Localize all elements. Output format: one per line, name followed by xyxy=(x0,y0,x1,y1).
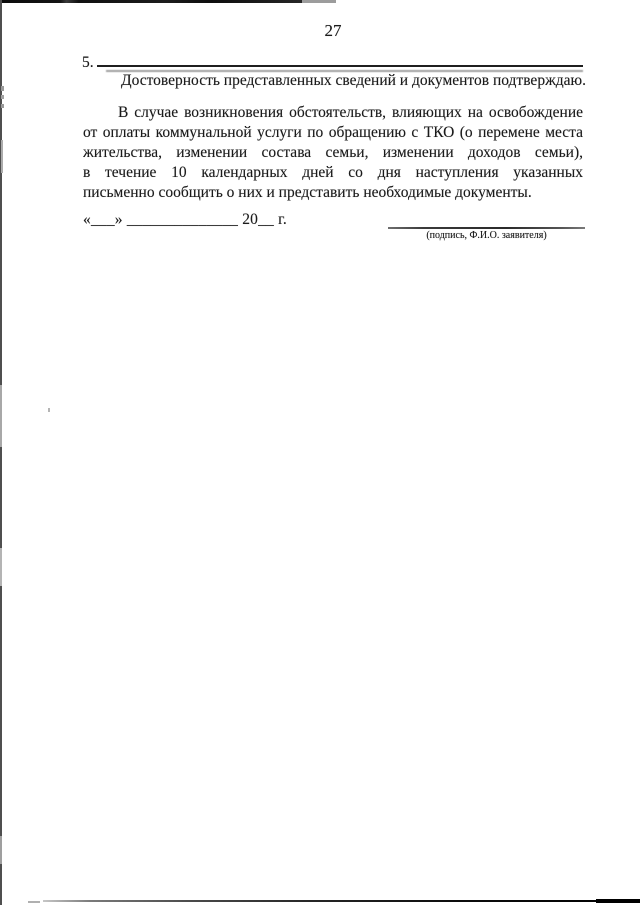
scan-artifact-bottom-corner xyxy=(596,899,640,903)
item-5-blank-line xyxy=(97,65,583,67)
item-5-label: 5. xyxy=(82,53,94,73)
paragraph-line: В случае возникновения обстоятельств, вл… xyxy=(83,103,583,123)
signature-caption: (подпись, Ф.И.О. заявителя) xyxy=(384,230,589,242)
scan-artifact-dash xyxy=(1,104,4,108)
paragraph-line: в течение 10 календарных дней со дня нас… xyxy=(83,163,583,183)
scan-artifact-left-segment xyxy=(0,385,2,447)
scan-artifact-top-edge xyxy=(0,0,302,3)
date-blank-line: «___» ______________ 20__ г. xyxy=(83,210,287,230)
scanned-document-page: 27 5. Достоверность представленных сведе… xyxy=(0,0,640,905)
paragraph-line: письменно сообщить о них и представить н… xyxy=(83,183,583,203)
scan-artifact-bottom-edge xyxy=(43,900,640,902)
scan-artifact-dash xyxy=(1,86,4,91)
scan-artifact-speck xyxy=(48,408,50,412)
scan-artifact-left-edge xyxy=(0,0,2,905)
confirmation-statement: Достоверность представленных сведений и … xyxy=(121,71,586,91)
scan-artifact-bottom-dashes xyxy=(28,901,40,903)
page-number: 27 xyxy=(83,21,583,41)
scan-artifact-top-edge-gray xyxy=(302,0,336,3)
signature-blank-line xyxy=(388,227,585,229)
scan-artifact-left-segment xyxy=(0,548,2,586)
scan-artifact-dash xyxy=(1,140,3,173)
paragraph-line: жительства, изменении состава семьи, изм… xyxy=(83,143,583,163)
scan-artifact-dash xyxy=(1,95,4,99)
obligation-paragraph: В случае возникновения обстоятельств, вл… xyxy=(83,103,583,203)
scan-artifact-left-segment xyxy=(0,836,2,864)
paragraph-line: от оплаты коммунальной услуги по обращен… xyxy=(83,123,583,143)
